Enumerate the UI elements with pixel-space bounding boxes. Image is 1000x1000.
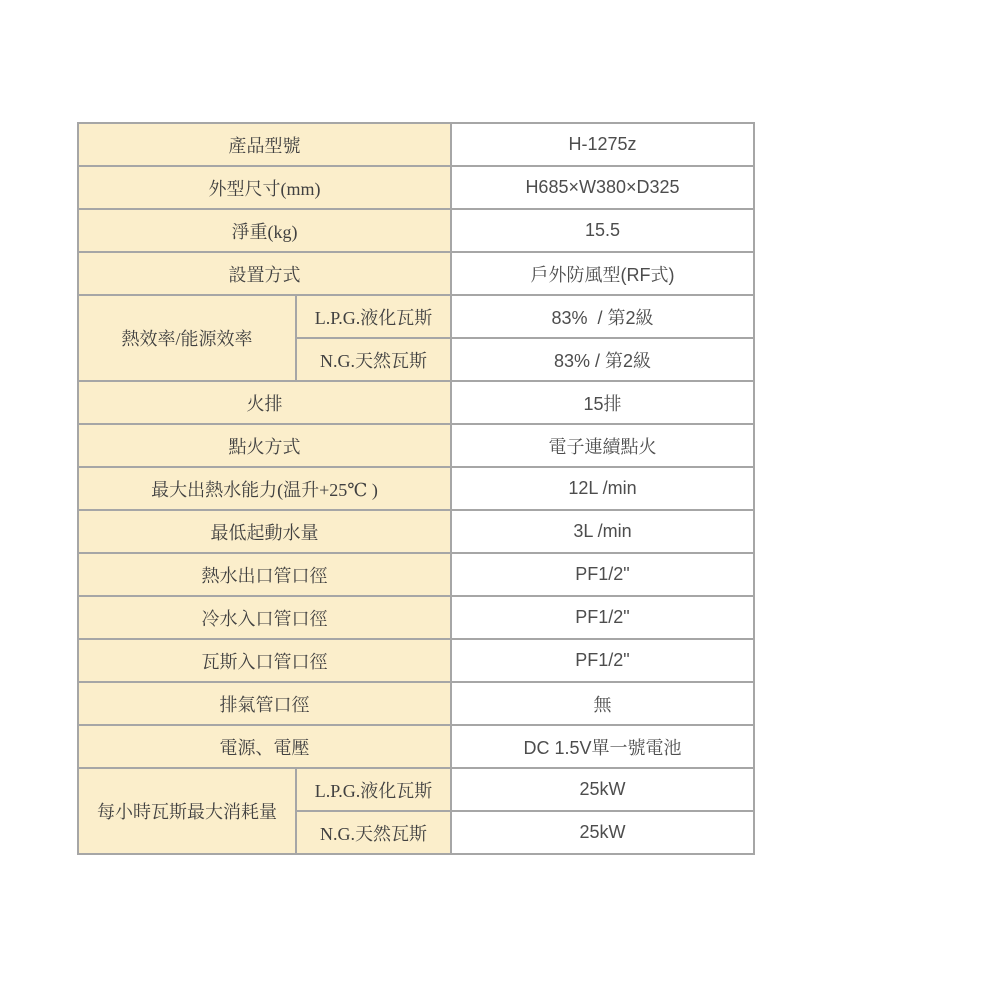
spec-label-hot-water-outlet: 熱水出口管口徑: [78, 553, 451, 596]
spec-label-min-flow: 最低起動水量: [78, 510, 451, 553]
spec-sublabel-consumption-lpg: L.P.G.液化瓦斯: [296, 768, 451, 811]
spec-label-exhaust-pipe: 排氣管口徑: [78, 682, 451, 725]
table-row: 設置方式 戶外防風型(RF式): [78, 252, 754, 295]
table-row: 熱水出口管口徑 PF1/2": [78, 553, 754, 596]
spec-label-max-hot-water: 最大出熱水能力(温升+25℃ ): [78, 467, 451, 510]
table-row: 電源、電壓 DC 1.5V單一號電池: [78, 725, 754, 768]
spec-value-hot-water-outlet: PF1/2": [451, 553, 754, 596]
table-row: 淨重(kg) 15.5: [78, 209, 754, 252]
table-row: 排氣管口徑 無: [78, 682, 754, 725]
spec-label-installation-type: 設置方式: [78, 252, 451, 295]
table-row: 瓦斯入口管口徑 PF1/2": [78, 639, 754, 682]
spec-value-exhaust-pipe: 無: [451, 682, 754, 725]
spec-value-efficiency-lpg: 83% / 第2級: [451, 295, 754, 338]
spec-value-max-hot-water: 12L /min: [451, 467, 754, 510]
spec-label-cold-water-inlet: 冷水入口管口徑: [78, 596, 451, 639]
table-row: 點火方式 電子連續點火: [78, 424, 754, 467]
table-row: 每小時瓦斯最大消耗量 L.P.G.液化瓦斯 25kW: [78, 768, 754, 811]
spec-value-gas-inlet: PF1/2": [451, 639, 754, 682]
spec-value-power-voltage: DC 1.5V單一號電池: [451, 725, 754, 768]
spec-value-net-weight: 15.5: [451, 209, 754, 252]
table-row: 最低起動水量 3L /min: [78, 510, 754, 553]
product-spec-page: 產品型號 H-1275z 外型尺寸(mm) H685×W380×D325 淨重(…: [0, 0, 1000, 1000]
table-row: 產品型號 H-1275z: [78, 123, 754, 166]
spec-value-burner-rows: 15排: [451, 381, 754, 424]
table-row: 熱效率/能源效率 L.P.G.液化瓦斯 83% / 第2級: [78, 295, 754, 338]
spec-sublabel-consumption-ng: N.G.天然瓦斯: [296, 811, 451, 854]
spec-value-dimensions: H685×W380×D325: [451, 166, 754, 209]
spec-value-min-flow: 3L /min: [451, 510, 754, 553]
spec-label-gas-consumption-group: 每小時瓦斯最大消耗量: [78, 768, 296, 854]
spec-value-installation-type: 戶外防風型(RF式): [451, 252, 754, 295]
spec-label-net-weight: 淨重(kg): [78, 209, 451, 252]
spec-label-model: 產品型號: [78, 123, 451, 166]
spec-value-efficiency-ng: 83% / 第2級: [451, 338, 754, 381]
table-row: 火排 15排: [78, 381, 754, 424]
spec-label-dimensions: 外型尺寸(mm): [78, 166, 451, 209]
table-row: 外型尺寸(mm) H685×W380×D325: [78, 166, 754, 209]
spec-label-ignition: 點火方式: [78, 424, 451, 467]
spec-value-consumption-lpg: 25kW: [451, 768, 754, 811]
spec-value-consumption-ng: 25kW: [451, 811, 754, 854]
spec-value-cold-water-inlet: PF1/2": [451, 596, 754, 639]
product-spec-table: 產品型號 H-1275z 外型尺寸(mm) H685×W380×D325 淨重(…: [77, 122, 755, 855]
spec-label-power-voltage: 電源、電壓: [78, 725, 451, 768]
spec-sublabel-efficiency-ng: N.G.天然瓦斯: [296, 338, 451, 381]
spec-value-model: H-1275z: [451, 123, 754, 166]
spec-label-gas-inlet: 瓦斯入口管口徑: [78, 639, 451, 682]
table-row: 最大出熱水能力(温升+25℃ ) 12L /min: [78, 467, 754, 510]
spec-label-burner-rows: 火排: [78, 381, 451, 424]
spec-label-efficiency-group: 熱效率/能源效率: [78, 295, 296, 381]
spec-sublabel-efficiency-lpg: L.P.G.液化瓦斯: [296, 295, 451, 338]
table-row: 冷水入口管口徑 PF1/2": [78, 596, 754, 639]
spec-value-ignition: 電子連續點火: [451, 424, 754, 467]
